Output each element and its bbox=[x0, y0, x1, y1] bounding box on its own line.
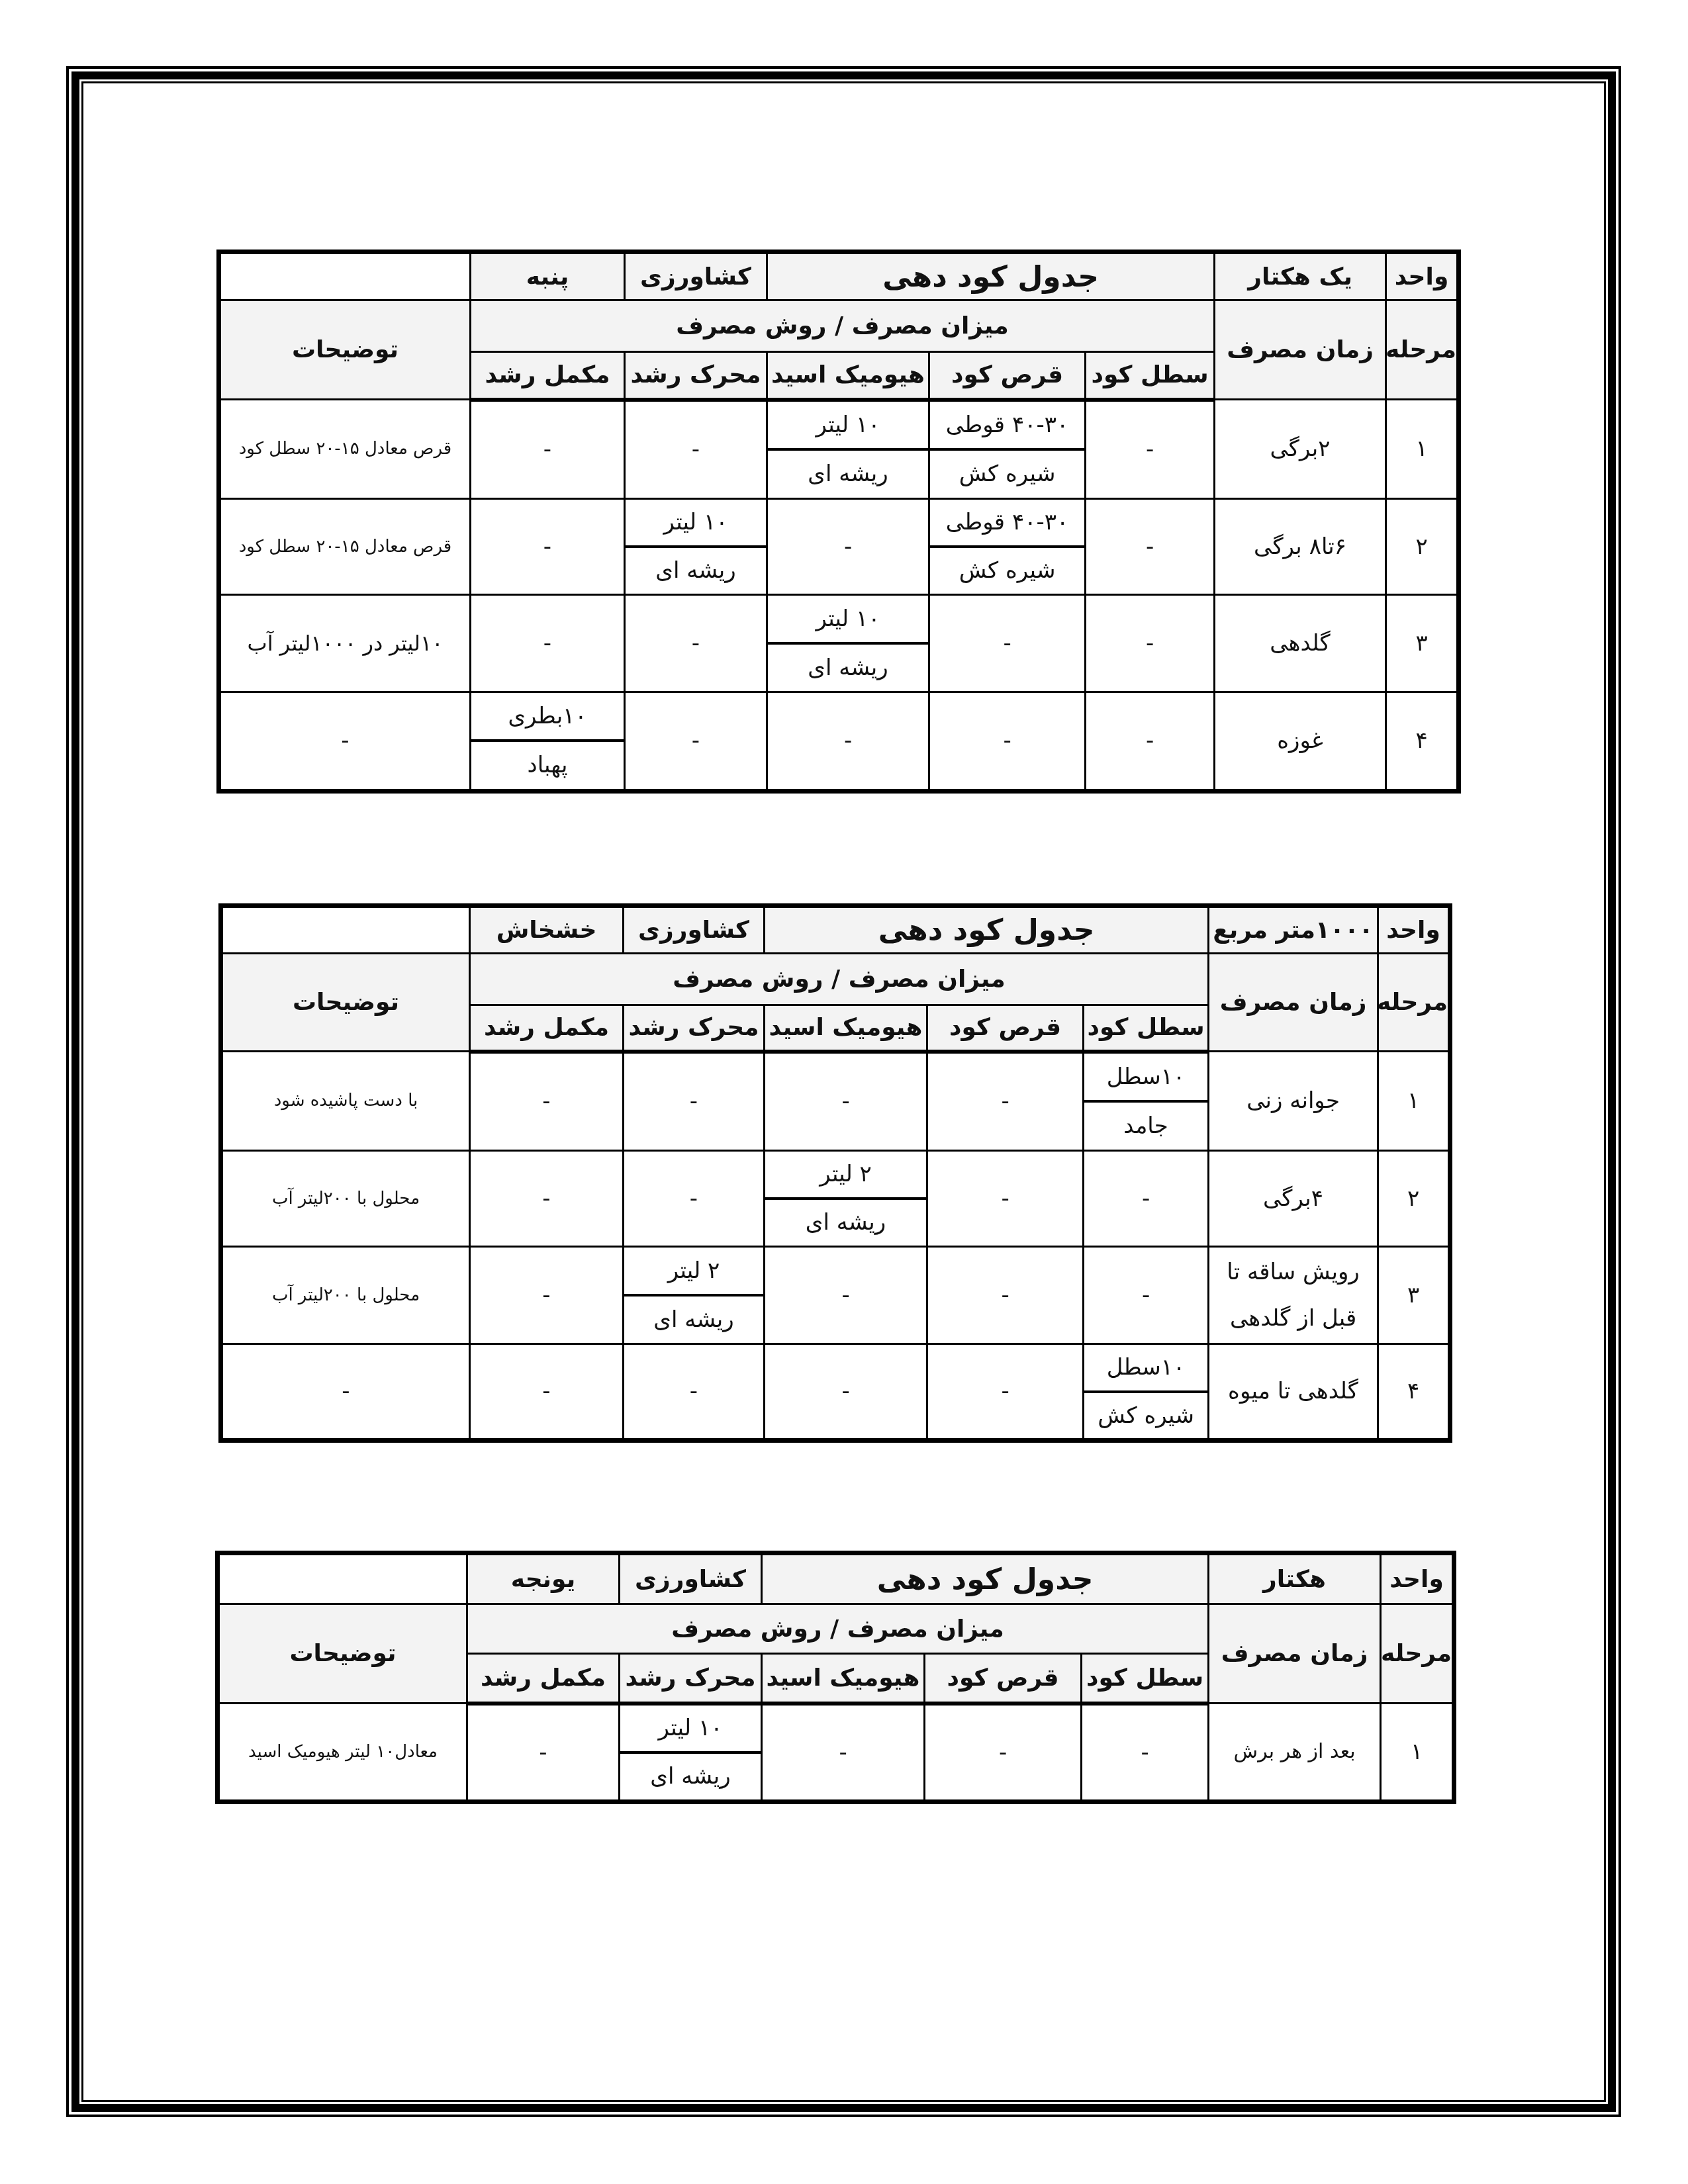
note: ۱۰لیتر در ۱۰۰۰لیتر آب bbox=[219, 594, 471, 692]
satl-value: ۱۰سطل جامد bbox=[1084, 1052, 1209, 1151]
qors-value: - bbox=[927, 1150, 1084, 1246]
note: قرص معادل ۱۵-۲۰ سطل کود bbox=[219, 498, 471, 594]
satl-value: - bbox=[1086, 692, 1215, 791]
usage-time: گلدهی تا میوه bbox=[1209, 1343, 1378, 1440]
note: - bbox=[221, 1343, 470, 1440]
col-header-qors: قرص کود bbox=[925, 1654, 1082, 1704]
mokamel-value: - bbox=[470, 1343, 624, 1440]
col-header-satl: سطل کود bbox=[1084, 1005, 1209, 1052]
qors-value: - bbox=[925, 1704, 1082, 1802]
amount: ۱۰بطری bbox=[471, 693, 624, 742]
note: معادل۱۰ لیتر هیومیک اسید bbox=[218, 1704, 467, 1802]
satl-value: - bbox=[1086, 498, 1215, 594]
col-header-satl: سطل کود bbox=[1082, 1654, 1209, 1704]
satl-value: - bbox=[1084, 1246, 1209, 1343]
qors-value: - bbox=[929, 692, 1086, 791]
category: کشاورزی bbox=[624, 906, 765, 954]
category: کشاورزی bbox=[620, 1553, 762, 1604]
moharek-value: ۱۰ لیتر ریشه ای bbox=[620, 1704, 762, 1802]
humic-value: - bbox=[767, 692, 929, 791]
usage-time: جوانه زنی bbox=[1209, 1052, 1378, 1151]
method: شیره کش bbox=[1084, 1393, 1207, 1438]
amount: ۱۰سطل bbox=[1084, 1345, 1207, 1393]
method: ریشه ای bbox=[768, 451, 928, 498]
table-title: جدول کود دهی bbox=[767, 252, 1215, 300]
table-row: ۴ غوزه - - - - ۱۰بطری پهباد - bbox=[219, 692, 1459, 791]
humic-value: ۱۰ لیتر ریشه ای bbox=[767, 594, 929, 692]
stage-number: ۴ bbox=[1378, 1343, 1450, 1440]
satl-value: ۱۰سطل شیره کش bbox=[1084, 1343, 1209, 1440]
col-header-moharek: محرک رشد bbox=[624, 1005, 765, 1052]
stage-header: مرحله bbox=[1386, 300, 1459, 400]
notes-header: توضیحات bbox=[219, 300, 471, 400]
category: کشاورزی bbox=[625, 252, 767, 300]
qors-value: - bbox=[927, 1343, 1084, 1440]
col-header-mokamel: مکمل رشد bbox=[470, 1005, 624, 1052]
col-header-qors: قرص کود bbox=[927, 1005, 1084, 1052]
mokamel-value: - bbox=[471, 400, 625, 499]
humic-value: - bbox=[762, 1704, 925, 1802]
amount-header: میزان مصرف / روش مصرف bbox=[471, 300, 1215, 352]
usage-time: گلدهی bbox=[1215, 594, 1386, 692]
col-header-humic: هیومیک اسید bbox=[762, 1654, 925, 1704]
note: محلول با ۲۰۰لیتر آب bbox=[221, 1246, 470, 1343]
stage-number: ۴ bbox=[1386, 692, 1459, 791]
moharek-value: ۱۰ لیتر ریشه ای bbox=[625, 498, 767, 594]
humic-value: - bbox=[765, 1343, 927, 1440]
crop-name: یونجه bbox=[467, 1553, 620, 1604]
notes-header: توضیحات bbox=[221, 954, 470, 1052]
usage-time: غوزه bbox=[1215, 692, 1386, 791]
moharek-value: - bbox=[624, 1052, 765, 1151]
usage-time-line1: رویش ساقه تا bbox=[1209, 1249, 1377, 1295]
usage-time: ۴برگی bbox=[1209, 1150, 1378, 1246]
stage-number: ۱ bbox=[1381, 1704, 1454, 1802]
table-row: ۱ بعد از هر برش - - - ۱۰ لیتر ریشه ای - … bbox=[218, 1704, 1454, 1802]
table-row: ۲ ۶تا۸ برگی - ۴۰-۳۰ قوطی شیره کش - ۱۰ لی… bbox=[219, 498, 1459, 594]
amount-header: میزان مصرف / روش مصرف bbox=[467, 1604, 1209, 1654]
usage-time-line2: قبل از گلدهی bbox=[1209, 1295, 1377, 1342]
col-header-mokamel: مکمل رشد bbox=[471, 352, 625, 400]
col-header-moharek: محرک رشد bbox=[625, 352, 767, 400]
col-header-satl: سطل کود bbox=[1086, 352, 1215, 400]
usage-time: رویش ساقه تا قبل از گلدهی bbox=[1209, 1246, 1378, 1343]
fertilization-table-cotton: واحد یک هکتار جدول کود دهی کشاورزی پنبه … bbox=[216, 250, 1461, 794]
col-header-humic: هیومیک اسید bbox=[765, 1005, 927, 1052]
empty-header-cell bbox=[219, 252, 471, 300]
moharek-value: - bbox=[624, 1150, 765, 1246]
amount: ۲ لیتر bbox=[624, 1248, 763, 1297]
method: ریشه ای bbox=[765, 1200, 926, 1246]
amount: ۴۰-۳۰ قوطی bbox=[930, 402, 1084, 451]
method: ریشه ای bbox=[626, 548, 766, 594]
satl-value: - bbox=[1084, 1150, 1209, 1246]
method: جامد bbox=[1084, 1103, 1207, 1150]
note: - bbox=[219, 692, 471, 791]
qors-value: ۴۰-۳۰ قوطی شیره کش bbox=[929, 400, 1086, 499]
moharek-value: - bbox=[625, 594, 767, 692]
note: با دست پاشیده شود bbox=[221, 1052, 470, 1151]
crop-name: خشخاش bbox=[470, 906, 624, 954]
qors-value: - bbox=[927, 1246, 1084, 1343]
humic-value: - bbox=[765, 1246, 927, 1343]
mokamel-value: - bbox=[470, 1246, 624, 1343]
usage-time: بعد از هر برش bbox=[1209, 1704, 1381, 1802]
method: پهباد bbox=[471, 742, 624, 788]
satl-value: - bbox=[1082, 1704, 1209, 1802]
amount: ۴۰-۳۰ قوطی bbox=[930, 500, 1084, 548]
amount-header: میزان مصرف / روش مصرف bbox=[470, 954, 1209, 1005]
col-header-humic: هیومیک اسید bbox=[767, 352, 929, 400]
amount: ۱۰ لیتر bbox=[626, 500, 766, 548]
note: محلول با ۲۰۰لیتر آب bbox=[221, 1150, 470, 1246]
table-row: ۱ ۲برگی - ۴۰-۳۰ قوطی شیره کش ۱۰ لیتر ریش… bbox=[219, 400, 1459, 499]
col-header-mokamel: مکمل رشد bbox=[467, 1654, 620, 1704]
col-header-moharek: محرک رشد bbox=[620, 1654, 762, 1704]
unit-value: هکتار bbox=[1209, 1553, 1381, 1604]
qors-value: ۴۰-۳۰ قوطی شیره کش bbox=[929, 498, 1086, 594]
stage-number: ۳ bbox=[1386, 594, 1459, 692]
satl-value: - bbox=[1086, 594, 1215, 692]
mokamel-value: ۱۰بطری پهباد bbox=[471, 692, 625, 791]
method: شیره کش bbox=[930, 548, 1084, 594]
unit-value: یک هکتار bbox=[1215, 252, 1386, 300]
time-header: زمان مصرف bbox=[1209, 954, 1378, 1052]
method: ریشه ای bbox=[620, 1754, 761, 1799]
unit-label: واحد bbox=[1378, 906, 1450, 954]
qors-value: - bbox=[929, 594, 1086, 692]
col-header-qors: قرص کود bbox=[929, 352, 1086, 400]
moharek-value: - bbox=[625, 400, 767, 499]
usage-time: ۲برگی bbox=[1215, 400, 1386, 499]
empty-header-cell bbox=[218, 1553, 467, 1604]
moharek-value: - bbox=[624, 1343, 765, 1440]
notes-header: توضیحات bbox=[218, 1604, 467, 1704]
fertilization-table-poppy: واحد ۱۰۰۰متر مربع جدول کود دهی کشاورزی خ… bbox=[218, 903, 1452, 1443]
humic-value: - bbox=[767, 498, 929, 594]
humic-value: ۱۰ لیتر ریشه ای bbox=[767, 400, 929, 499]
mokamel-value: - bbox=[467, 1704, 620, 1802]
amount: ۲ لیتر bbox=[765, 1152, 926, 1200]
method: ریشه ای bbox=[768, 645, 928, 691]
usage-time: ۶تا۸ برگی bbox=[1215, 498, 1386, 594]
table-row: ۴ گلدهی تا میوه ۱۰سطل شیره کش - - - - - bbox=[221, 1343, 1450, 1440]
amount: ۱۰ لیتر bbox=[620, 1706, 761, 1754]
note: قرص معادل ۱۵-۲۰ سطل کود bbox=[219, 400, 471, 499]
stage-header: مرحله bbox=[1381, 1604, 1454, 1704]
table-row: ۳ گلدهی - - ۱۰ لیتر ریشه ای - - ۱۰لیتر د… bbox=[219, 594, 1459, 692]
moharek-value: - bbox=[625, 692, 767, 791]
satl-value: - bbox=[1086, 400, 1215, 499]
humic-value: - bbox=[765, 1052, 927, 1151]
amount: ۱۰ لیتر bbox=[768, 596, 928, 645]
stage-number: ۲ bbox=[1386, 498, 1459, 594]
unit-label: واحد bbox=[1381, 1553, 1454, 1604]
moharek-value: ۲ لیتر ریشه ای bbox=[624, 1246, 765, 1343]
fertilization-table-alfalfa: واحد هکتار جدول کود دهی کشاورزی یونجه مر… bbox=[215, 1551, 1456, 1804]
stage-number: ۱ bbox=[1386, 400, 1459, 499]
table-title: جدول کود دهی bbox=[765, 906, 1209, 954]
empty-header-cell bbox=[221, 906, 470, 954]
table-row: ۱ جوانه زنی ۱۰سطل جامد - - - - با دست پا… bbox=[221, 1052, 1450, 1151]
table-row: ۲ ۴برگی - - ۲ لیتر ریشه ای - - محلول با … bbox=[221, 1150, 1450, 1246]
method: شیره کش bbox=[930, 451, 1084, 498]
mokamel-value: - bbox=[471, 594, 625, 692]
qors-value: - bbox=[927, 1052, 1084, 1151]
unit-value: ۱۰۰۰متر مربع bbox=[1209, 906, 1378, 954]
amount: ۱۰سطل bbox=[1084, 1054, 1207, 1103]
mokamel-value: - bbox=[470, 1052, 624, 1151]
table-row: ۳ رویش ساقه تا قبل از گلدهی - - - ۲ لیتر… bbox=[221, 1246, 1450, 1343]
method: ریشه ای bbox=[624, 1297, 763, 1343]
crop-name: پنبه bbox=[471, 252, 625, 300]
humic-value: ۲ لیتر ریشه ای bbox=[765, 1150, 927, 1246]
stage-number: ۲ bbox=[1378, 1150, 1450, 1246]
stage-number: ۱ bbox=[1378, 1052, 1450, 1151]
amount: ۱۰ لیتر bbox=[768, 402, 928, 451]
stage-number: ۳ bbox=[1378, 1246, 1450, 1343]
unit-label: واحد bbox=[1386, 252, 1459, 300]
time-header: زمان مصرف bbox=[1209, 1604, 1381, 1704]
time-header: زمان مصرف bbox=[1215, 300, 1386, 400]
stage-header: مرحله bbox=[1378, 954, 1450, 1052]
mokamel-value: - bbox=[470, 1150, 624, 1246]
table-title: جدول کود دهی bbox=[762, 1553, 1209, 1604]
mokamel-value: - bbox=[471, 498, 625, 594]
